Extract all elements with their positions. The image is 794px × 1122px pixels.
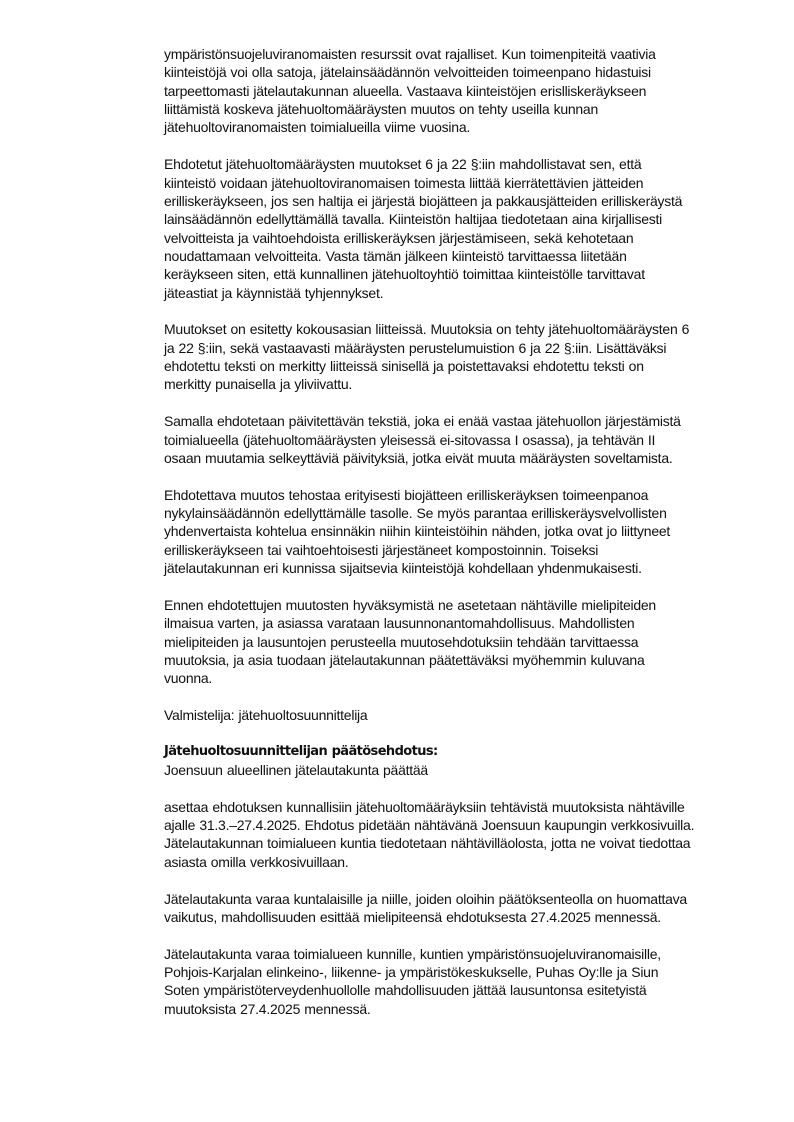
preparer-paragraph: Valmistelija: jätehuoltosuunnittelija <box>164 706 764 724</box>
paragraph-consultation: Ennen ehdotettujen muutosten hyväksymist… <box>164 596 764 688</box>
text-line: muutoksista 27.4.2025 mennessä. <box>164 1000 764 1018</box>
decision-paragraphs: asettaa ehdotuksen kunnallisiin jätehuol… <box>164 798 764 1018</box>
paragraph-public-display: asettaa ehdotuksen kunnallisiin jätehuol… <box>164 798 764 871</box>
paragraph-attachments: Muutokset on esitetty kokousasian liitte… <box>164 320 764 393</box>
proposal-section: Jätehuoltosuunnittelijan päätösehdotus: … <box>164 743 764 780</box>
text-line: liittämistä koskeva jätehuoltomääräysten… <box>164 100 764 118</box>
body-paragraphs: ympäristönsuojeluviranomaisten resurssit… <box>164 45 764 688</box>
preparer-line: Valmistelija: jätehuoltosuunnittelija <box>164 706 764 724</box>
text-line: erilliskeräykseen tai vaihtoehtoisesti j… <box>164 541 764 559</box>
text-line: Ehdotetut jätehuoltomääräysten muutokset… <box>164 155 764 173</box>
text-line: Ehdotettava muutos tehostaa erityisesti … <box>164 486 764 504</box>
text-line: jäteastiat ja käynnistää tyhjennykset. <box>164 284 764 302</box>
text-line: Pohjois-Karjalan elinkeino-, liikenne- j… <box>164 963 764 981</box>
text-line: ehdotettu teksti on merkitty liitteissä … <box>164 357 764 375</box>
text-line: muutoksia, ja asia tuodaan jätelautakunn… <box>164 651 764 669</box>
text-line: lainsäädännön edellyttämällä tavalla. Ki… <box>164 210 764 228</box>
text-line: asiasta omilla verkkosivuillaan. <box>164 853 764 871</box>
text-line: mielipiteiden ja lausuntojen perusteella… <box>164 633 764 651</box>
document-page: ympäristönsuojeluviranomaisten resurssit… <box>164 45 764 1036</box>
text-line: velvoitteista ja vaihtoehdoista erillisk… <box>164 229 764 247</box>
text-line: ympäristönsuojeluviranomaisten resurssit… <box>164 45 764 63</box>
text-line: tarpeettomasti jätelautakunnan alueella.… <box>164 82 764 100</box>
text-line: merkitty punaisella ja yliviivattu. <box>164 375 764 393</box>
text-line: kiinteistö voidaan jätehuoltoviranomaise… <box>164 174 764 192</box>
paragraph-residents-opinions: Jätelautakunta varaa kuntalaisille ja ni… <box>164 890 764 927</box>
text-line: yhdenvertaista kohtelua ensinnäkin niihi… <box>164 522 764 540</box>
text-line: ilmaisua varten, ja asiassa varataan lau… <box>164 614 764 632</box>
paragraph-resources: ympäristönsuojeluviranomaisten resurssit… <box>164 45 764 137</box>
text-line: erilliskeräykseen, jos sen haltija ei jä… <box>164 192 764 210</box>
text-line: toimialueella (jätehuoltomääräysten ylei… <box>164 431 764 449</box>
paragraph-text-updates: Samalla ehdotetaan päivitettävän tekstiä… <box>164 412 764 467</box>
text-line: Jätelautakunta varaa toimialueen kunnill… <box>164 945 764 963</box>
proposal-intro: Joensuun alueellinen jätelautakunta päät… <box>164 761 764 779</box>
paragraph-authority-statements: Jätelautakunta varaa toimialueen kunnill… <box>164 945 764 1018</box>
text-line: Soten ympäristöterveydenhuollolle mahdol… <box>164 981 764 999</box>
text-line: noudattamaan velvoitteita. Vasta tämän j… <box>164 247 764 265</box>
text-line: keräykseen siten, että kunnallinen jäteh… <box>164 265 764 283</box>
text-line: asettaa ehdotuksen kunnallisiin jätehuol… <box>164 798 764 816</box>
paragraph-proposed-changes: Ehdotetut jätehuoltomääräysten muutokset… <box>164 155 764 302</box>
text-line: Jätelautakunta varaa kuntalaisille ja ni… <box>164 890 764 908</box>
text-line: osaan muutamia selkeyttäviä päivityksiä,… <box>164 449 764 467</box>
text-line: Ennen ehdotettujen muutosten hyväksymist… <box>164 596 764 614</box>
text-line: nykylainsäädännön edellyttämälle tasolle… <box>164 504 764 522</box>
text-line: ja 22 §:iin, sekä vastaavasti määräysten… <box>164 339 764 357</box>
proposal-heading: Jätehuoltosuunnittelijan päätösehdotus: <box>164 743 764 761</box>
text-line: Jätelautakunnan toimialueen kuntia tiedo… <box>164 834 764 852</box>
paragraph-effects: Ehdotettava muutos tehostaa erityisesti … <box>164 486 764 578</box>
text-line: vaikutus, mahdollisuuden esittää mielipi… <box>164 908 764 926</box>
text-line: kiinteistöjä voi olla satoja, jätelainsä… <box>164 63 764 81</box>
text-line: Samalla ehdotetaan päivitettävän tekstiä… <box>164 412 764 430</box>
text-line: vuonna. <box>164 669 764 687</box>
text-line: jätelautakunnan eri kunnissa sijaitsevia… <box>164 559 764 577</box>
text-line: jätehuoltoviranomaisten toimialueilla vi… <box>164 118 764 136</box>
text-line: ajalle 31.3.–27.4.2025. Ehdotus pidetään… <box>164 816 764 834</box>
text-line: Muutokset on esitetty kokousasian liitte… <box>164 320 764 338</box>
